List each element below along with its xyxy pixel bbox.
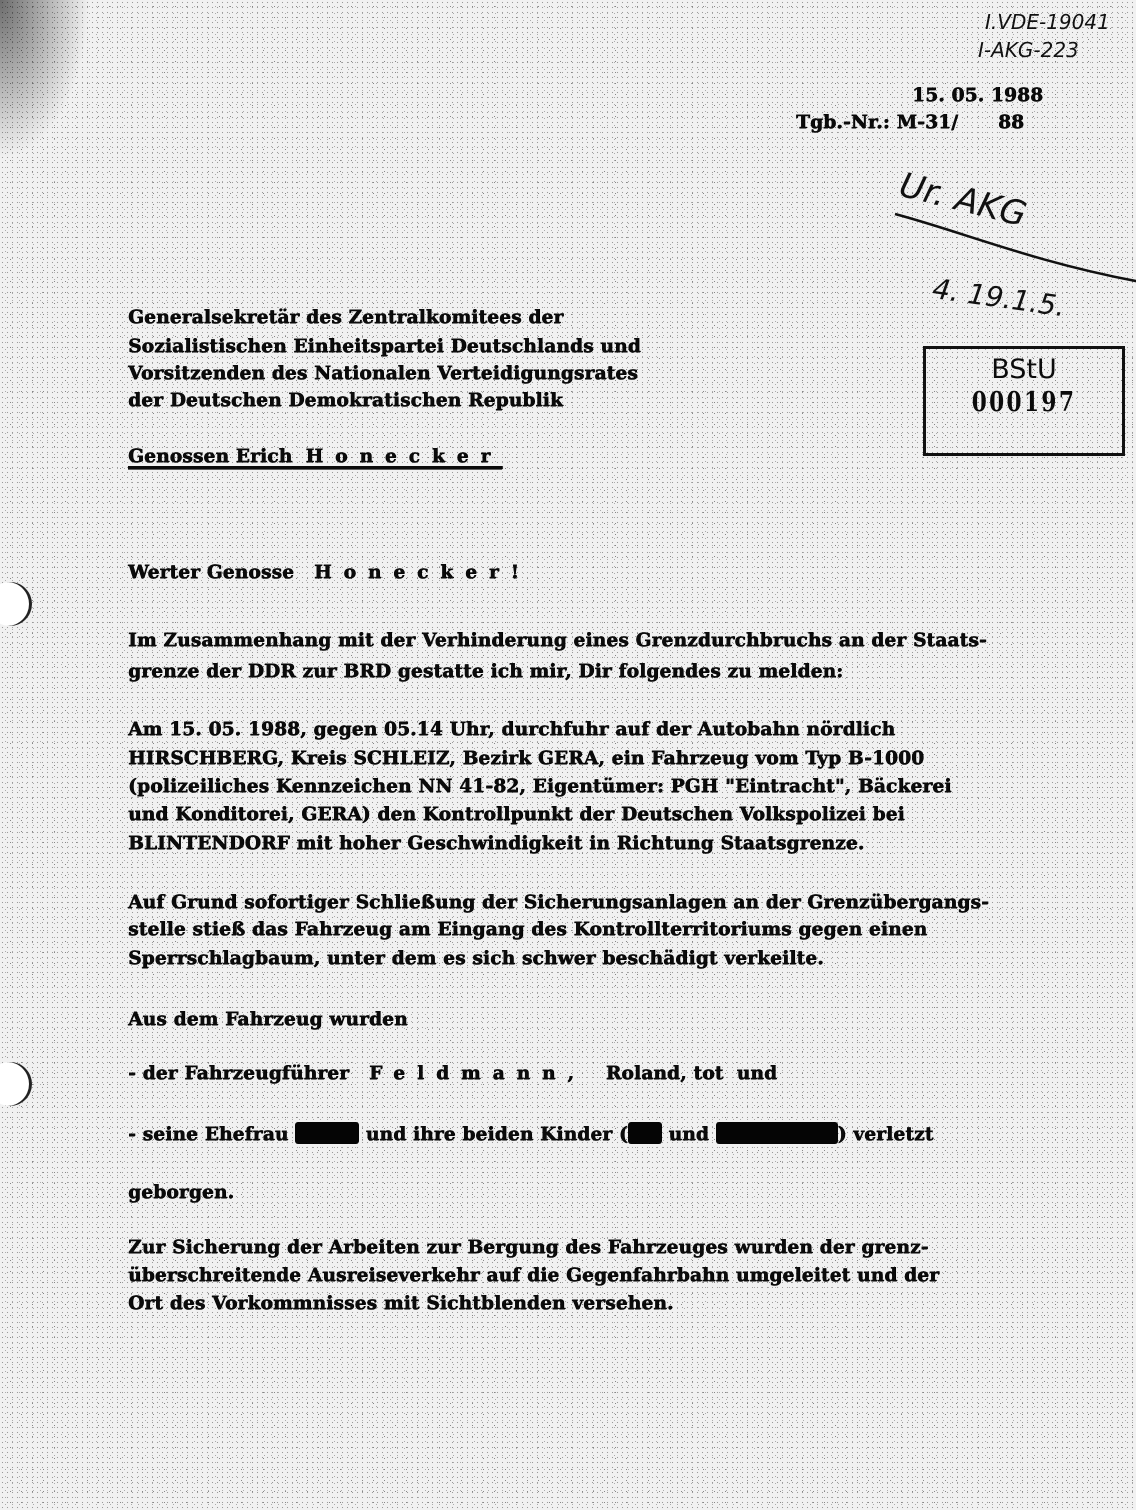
paragraph-2-line: BLINTENDORF mit hoher Geschwindigkeit in… — [128, 834, 864, 854]
paragraph-2-line: (polizeiliches Kennzeichen NN 41-82, Eig… — [128, 777, 952, 797]
bstu-archive-stamp: BStU 000197 — [923, 346, 1125, 456]
scan-edge-shadow — [0, 0, 90, 160]
journal-number: Tgb.-Nr.: M-31/ 88 — [796, 113, 1024, 133]
handwritten-note-1: Ur. AKG — [895, 165, 1030, 235]
redaction-block — [716, 1122, 838, 1144]
recipient-surname: Honecker — [306, 446, 503, 467]
driver-surname: Feldmann, — [369, 1063, 586, 1084]
paragraph-5-line: Zur Sicherung der Arbeiten zur Bergung d… — [128, 1238, 929, 1258]
paragraph-1-line: Im Zusammenhang mit der Verhinderung ein… — [128, 631, 987, 651]
list-item-family: - seine Ehefrau und ihre beiden Kinder (… — [128, 1122, 933, 1145]
recipient-line: Generalsekretär des Zentralkomitees der — [128, 308, 563, 328]
handwritten-note-2: 4. 19.1.5. — [930, 272, 1067, 323]
archive-mark-2: I-AKG-223 — [978, 38, 1079, 62]
paragraph-1-line: grenze der DDR zur BRD gestatte ich mir,… — [128, 662, 843, 682]
archive-mark-1: I.VDE-19041 — [985, 10, 1110, 34]
paragraph-4-end: geborgen. — [128, 1183, 234, 1203]
paragraph-3-line: stelle stieß das Fahrzeug am Eingang des… — [128, 920, 927, 940]
paragraph-3-line: Sperrschlagbaum, unter dem es sich schwe… — [128, 949, 824, 969]
journal-code: M-31/ — [896, 112, 958, 133]
paragraph-2-line: und Konditorei, GERA) den Kontrollpunkt … — [128, 805, 905, 825]
list-item-driver: - der Fahrzeugführer Feldmann, Roland, t… — [128, 1064, 777, 1084]
journal-year: 88 — [998, 112, 1024, 133]
paragraph-2-line: Am 15. 05. 1988, gegen 05.14 Uhr, durchf… — [128, 720, 895, 740]
redaction-block — [295, 1122, 359, 1144]
recipient-name: Genossen Erich Honecker — [128, 447, 502, 467]
paragraph-3-line: Auf Grund sofortiger Schließung der Sich… — [128, 893, 989, 913]
document-date: 15. 05. 1988 — [912, 86, 1043, 106]
salutation-name: Honecker! — [314, 562, 531, 583]
stamp-org: BStU — [926, 355, 1122, 385]
punch-hole-icon — [0, 582, 32, 626]
recipient-line: der Deutschen Demokratischen Republik — [128, 391, 563, 411]
paragraph-5-line: überschreitende Ausreiseverkehr auf die … — [128, 1266, 939, 1286]
journal-label: Tgb.-Nr.: — [796, 112, 890, 133]
redaction-block — [628, 1122, 662, 1144]
recipient-line: Vorsitzenden des Nationalen Verteidigung… — [128, 364, 638, 384]
paragraph-4-intro: Aus dem Fahrzeug wurden — [128, 1010, 408, 1030]
punch-hole-icon — [0, 1062, 32, 1106]
stamp-number: 000197 — [946, 385, 1103, 421]
paragraph-5-line: Ort des Vorkommnisses mit Sichtblenden v… — [128, 1294, 674, 1314]
salutation: Werter Genosse Honecker! — [128, 563, 531, 583]
paragraph-2-line: HIRSCHBERG, Kreis SCHLEIZ, Bezirk GERA, … — [128, 749, 924, 769]
recipient-line: Sozialistischen Einheitspartei Deutschla… — [128, 337, 641, 357]
